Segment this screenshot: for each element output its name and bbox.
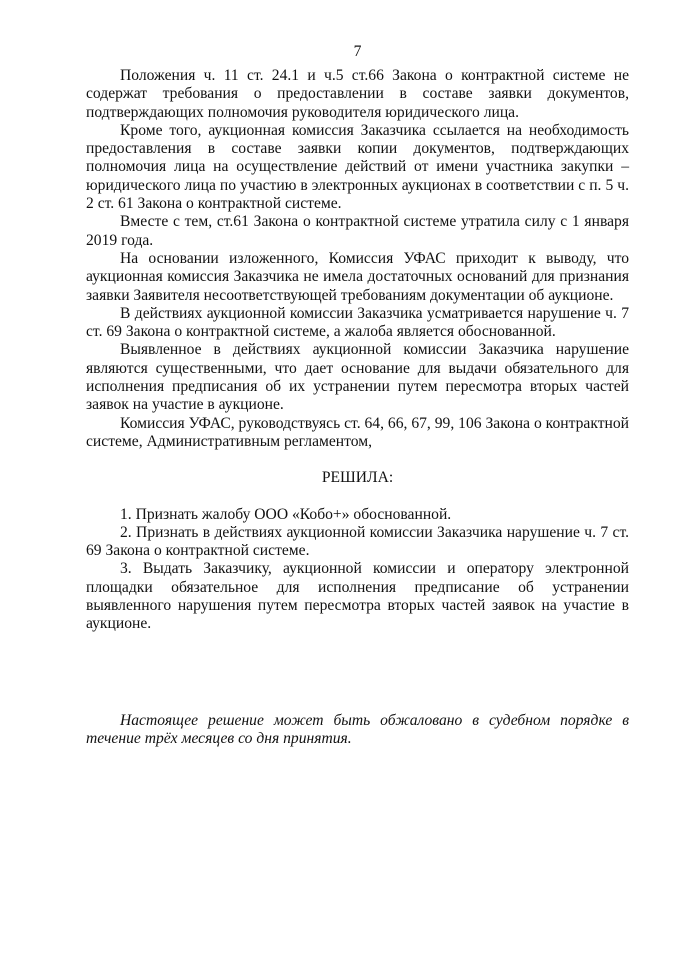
decision-heading: РЕШИЛА: — [86, 469, 629, 487]
paragraph: Комиссия УФАС, руководствуясь ст. 64, 66… — [86, 415, 629, 452]
paragraph: Кроме того, аукционная комиссия Заказчик… — [86, 122, 629, 213]
paragraph: Выявленное в действиях аукционной комисс… — [86, 341, 629, 414]
paragraph: В действиях аукционной комиссии Заказчик… — [86, 305, 629, 342]
paragraph: Положения ч. 11 ст. 24.1 и ч.5 ст.66 Зак… — [86, 67, 629, 122]
decision-item: 1. Признать жалобу ООО «Кобо+» обоснован… — [86, 506, 629, 524]
document-body: Положения ч. 11 ст. 24.1 и ч.5 ст.66 Зак… — [86, 67, 629, 634]
page-number: 7 — [86, 43, 629, 61]
decision-item: 2. Признать в действиях аукционной комис… — [86, 524, 629, 561]
decision-item: 3. Выдать Заказчику, аукционной комиссии… — [86, 560, 629, 633]
paragraph: На основании изложенного, Комиссия УФАС … — [86, 250, 629, 305]
appeal-notice: Настоящее решение может быть обжаловано … — [86, 712, 629, 749]
paragraph: Вместе с тем, ст.61 Закона о контрактной… — [86, 213, 629, 250]
